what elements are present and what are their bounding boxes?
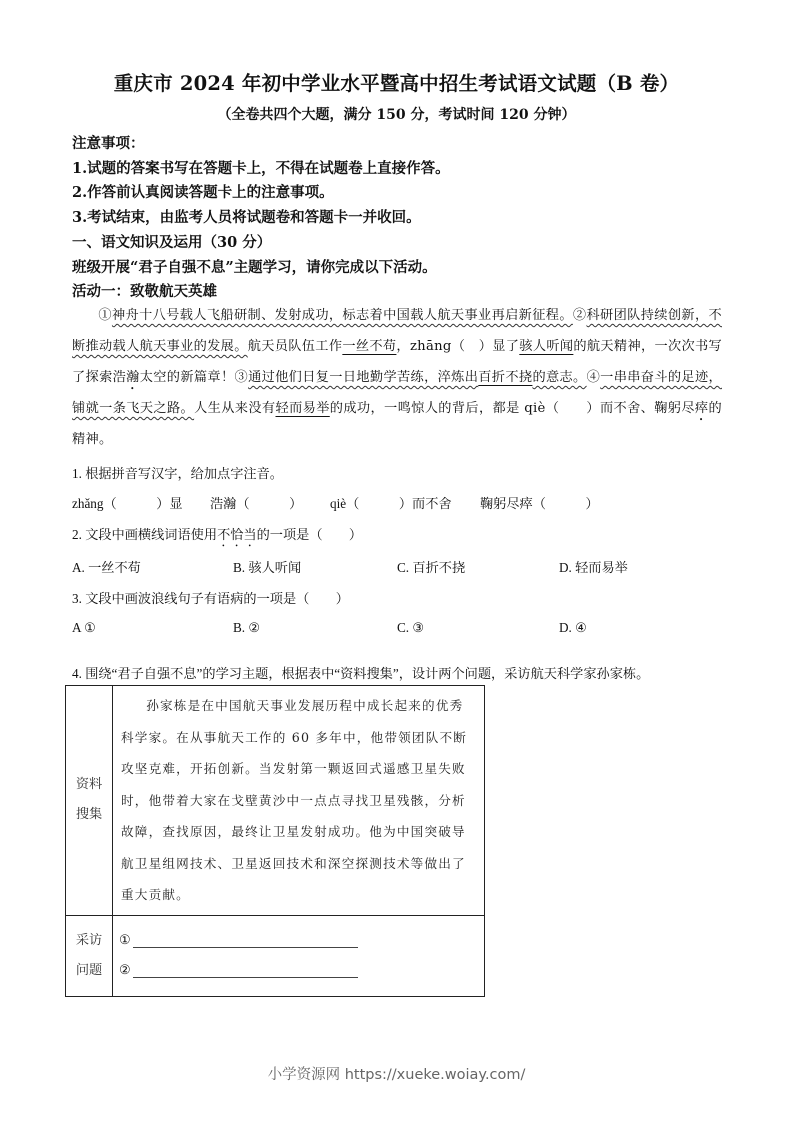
q3-option-d: D. ④ [559, 620, 587, 636]
exam-title: 重庆市 2024 年初中学业水平暨高中招生考试语文试题（B 卷） [0, 68, 793, 96]
q3-option-c: C. ③ [397, 620, 424, 636]
question-4-stem: 4. 围绕“君子自强不息”的学习主题，根据表中“资料搜集”，设计两个问题，采访航… [72, 663, 649, 682]
q1-item-1: zhǎng（ ）显 [72, 493, 183, 512]
underlined-word-3: 百折不挠 [478, 370, 532, 385]
materials-label: 资料搜集 [66, 686, 113, 916]
sentence-4-number: ④ [587, 370, 601, 385]
answer-blank-1[interactable] [133, 933, 358, 948]
q3-option-b: B. ② [233, 620, 260, 636]
activity-heading: 活动一：致敬航天英雄 [72, 280, 217, 301]
interview-answers: ① ② [113, 915, 485, 996]
note-item-2: 2.作答前认真阅读答题卡上的注意事项。 [72, 181, 334, 202]
notes-heading: 注意事项： [72, 132, 145, 153]
sentence-3-number: ③ [235, 370, 249, 385]
info-table: 资料搜集 孙家栋是在中国航天事业发展历程中成长起来的优秀科学家。在从事航天工作的… [65, 685, 485, 997]
passage-text: ，zhāng（ ）显了 [396, 339, 519, 354]
section-heading: 一、语文知识及运用（30 分） [72, 231, 271, 252]
passage-text: 的成功，一鸣惊人的背后，都是 qiè（ ）而不舍、鞠躬尽 [330, 401, 695, 416]
note-item-3: 3.考试结束，由监考人员将试题卷和答题卡一并收回。 [72, 206, 421, 227]
note-item-1: 1.试题的答案书写在答题卡上，不得在试题卷上直接作答。 [72, 157, 450, 178]
answer-line-2[interactable]: ② [113, 956, 484, 986]
answer-number-1: ① [119, 933, 131, 948]
sentence-3a: 通过他们日复一日地勤学苦练，淬炼出 [248, 370, 478, 385]
q1-item-3: qiè（ ）而不舍 [330, 493, 452, 512]
table-row-questions: 采访问题 ① ② [66, 915, 485, 996]
passage-text: 人生从来没有 [194, 401, 275, 416]
answer-number-2: ② [119, 963, 131, 978]
q2-option-c: C. 百折不挠 [397, 557, 465, 576]
dotted-char-1: 瀚 [126, 370, 140, 385]
q3-option-a: A ① [72, 620, 96, 636]
footer-watermark: 小学资源网 https://xueke.woiay.com/ [0, 1063, 793, 1084]
underlined-word-4: 轻而易举 [276, 401, 330, 416]
materials-content: 孙家栋是在中国航天事业发展历程中成长起来的优秀科学家。在从事航天工作的 60 多… [113, 686, 485, 916]
q2-option-a: A. 一丝不苟 [72, 557, 141, 576]
table-row-materials: 资料搜集 孙家栋是在中国航天事业发展历程中成长起来的优秀科学家。在从事航天工作的… [66, 686, 485, 916]
question-1-stem: 1. 根据拼音写汉字，给加点字注音。 [72, 463, 283, 482]
q1-item-4: 鞠躬尽瘁（ ） [480, 493, 599, 512]
underlined-word-2: 骇人听闻 [519, 339, 573, 354]
question-3-stem: 3. 文段中画波浪线句子有语病的一项是（ ） [72, 588, 349, 607]
answer-blank-2[interactable] [133, 963, 358, 978]
exam-subtitle: （全卷共四个大题，满分 150 分，考试时间 120 分钟） [0, 104, 793, 124]
materials-label-text: 资料搜集 [74, 770, 104, 830]
sentence-2-number: ② [573, 308, 587, 323]
answer-line-1[interactable]: ① [113, 926, 484, 956]
sentence-1-number: ① [98, 308, 112, 323]
q2-emphasis: 不恰当 [217, 527, 257, 542]
sentence-3b: 的意志。 [532, 370, 586, 385]
dotted-char-2: 瘁 [695, 401, 709, 416]
interview-label: 采访问题 [66, 915, 113, 996]
sentence-1: 神舟十八号载人飞船研制、发射成功，标志着中国载人航天事业再启新征程。 [112, 308, 573, 323]
interview-label-text: 采访问题 [74, 926, 104, 986]
q2-option-b: B. 骇人听闻 [233, 557, 301, 576]
q1-item-2: 浩瀚（ ） [210, 493, 302, 512]
reading-passage: ①神舟十八号载人飞船研制、发射成功，标志着中国载人航天事业再启新征程。②科研团队… [72, 300, 722, 455]
passage-text: 太空的新篇章！ [140, 370, 235, 385]
underlined-word-1: 一丝不苟 [342, 339, 396, 354]
question-2-stem: 2. 文段中画横线词语使用不恰当的一项是（ ） [72, 524, 362, 550]
passage-text: 航天员队伍工作 [248, 339, 343, 354]
q2-stem-part: 的一项是（ ） [257, 527, 363, 542]
q2-option-d: D. 轻而易举 [559, 557, 628, 576]
section-intro: 班级开展“君子自强不息”主题学习，请你完成以下活动。 [72, 256, 437, 277]
q2-stem-part: 2. 文段中画横线词语使用 [72, 527, 217, 542]
